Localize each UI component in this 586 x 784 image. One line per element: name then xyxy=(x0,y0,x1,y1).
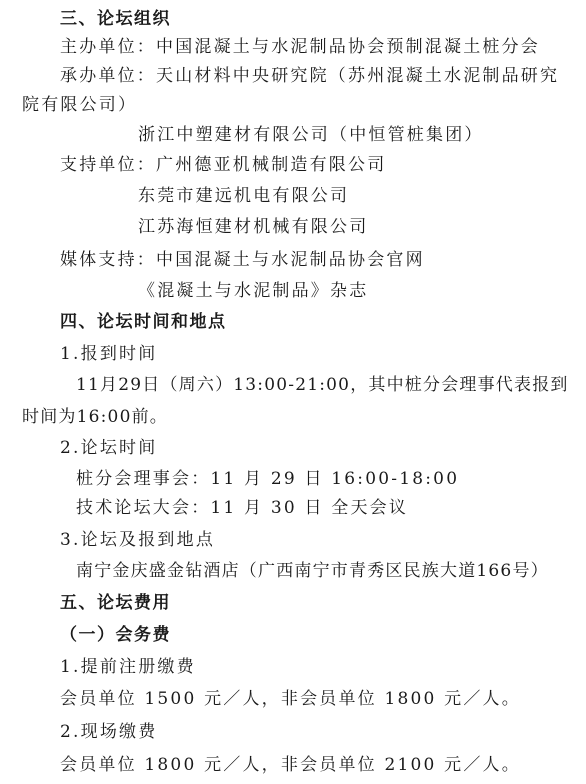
registration-time-text-1: 11月29日（周六）13:00-21:00，其中桩分会理事代表报到 xyxy=(76,374,569,396)
council-meeting-time: 桩分会理事会：11 月 29 日 16:00-18:00 xyxy=(76,468,459,490)
media-support-line-2: 《混凝土与水泥制品》杂志 xyxy=(138,280,368,302)
venue-address: 南宁金庆盛金钻酒店（广西南宁市青秀区民族大道166号） xyxy=(76,560,549,582)
support-unit-line-1: 支持单位：广州德亚机械制造有限公司 xyxy=(60,154,386,176)
organizer-line-1: 承办单位：天山材料中央研究院（苏州混凝土水泥制品研究 xyxy=(60,65,559,87)
organizer-line-2: 院有限公司） xyxy=(22,94,137,116)
registration-time-title: 1.报到时间 xyxy=(60,343,157,365)
early-registration-title: 1.提前注册缴费 xyxy=(60,656,196,678)
media-support-line-1: 媒体支持：中国混凝土与水泥制品协会官网 xyxy=(60,249,425,271)
host-unit-line: 主办单位：中国混凝土与水泥制品协会预制混凝土桩分会 xyxy=(60,36,540,58)
early-registration-fee: 会员单位 1500 元／人，非会员单位 1800 元／人。 xyxy=(60,688,521,710)
conference-fee-subheading: （一）会务费 xyxy=(60,624,171,646)
support-unit-line-3: 江苏海恒建材机械有限公司 xyxy=(138,216,368,238)
tech-forum-time: 技术论坛大会：11 月 30 日 全天会议 xyxy=(76,497,408,519)
registration-time-text-2: 时间为16:00前。 xyxy=(22,406,168,428)
onsite-payment-fee: 会员单位 1800 元／人，非会员单位 2100 元／人。 xyxy=(60,754,521,776)
venue-title: 3.论坛及报到地点 xyxy=(60,529,215,551)
onsite-payment-title: 2.现场缴费 xyxy=(60,721,157,743)
forum-time-title: 2.论坛时间 xyxy=(60,437,157,459)
section-3-heading: 三、论坛组织 xyxy=(60,8,171,30)
section-4-heading: 四、论坛时间和地点 xyxy=(60,311,227,333)
support-unit-line-2: 东莞市建远机电有限公司 xyxy=(138,185,349,207)
section-5-heading: 五、论坛费用 xyxy=(60,592,171,614)
organizer-line-3: 浙江中塑建材有限公司（中恒管桩集团） xyxy=(138,124,484,146)
